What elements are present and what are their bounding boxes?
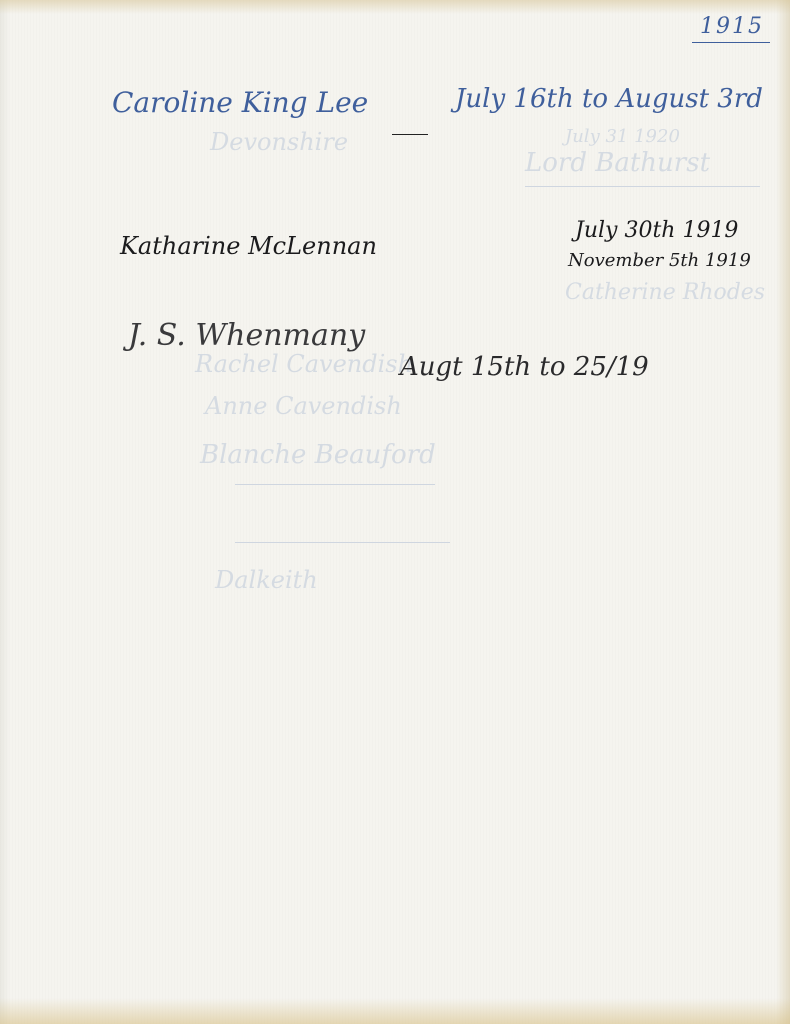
guestbook-page: Devonshire July 31 1920 Lord Bathurst Ca… [0, 0, 790, 1024]
bleed-through-text: Catherine Rhodes [565, 280, 765, 305]
bleed-through-text: Anne Cavendish [205, 392, 402, 420]
bleed-through-text: Dalkeith [215, 566, 318, 594]
year-underline [692, 42, 770, 43]
guest-name: J. S. Whenmany [128, 318, 365, 353]
visit-dates: July 30th 1919 [575, 218, 738, 243]
entry-separator [392, 134, 428, 135]
bleed-through-text: Blanche Beauford [200, 440, 436, 470]
visit-dates: Augt 15th to 25/19 [400, 352, 649, 382]
visit-dates-secondary: November 5th 1919 [568, 250, 751, 271]
bleed-through-rule [235, 484, 435, 485]
bleed-through-text: Lord Bathurst [525, 148, 710, 178]
visit-dates: July 16th to August 3rd [455, 84, 763, 114]
bleed-through-text: Devonshire [210, 128, 348, 156]
bleed-through-rule [525, 186, 760, 187]
bleed-through-text: July 31 1920 [565, 126, 680, 147]
bleed-through-rule [235, 542, 450, 543]
guest-name: Caroline King Lee [112, 86, 368, 119]
guest-name: Katharine McLennan [120, 232, 377, 260]
bleed-through-text: Rachel Cavendish [195, 350, 413, 378]
year-heading: 1915 [700, 14, 764, 39]
